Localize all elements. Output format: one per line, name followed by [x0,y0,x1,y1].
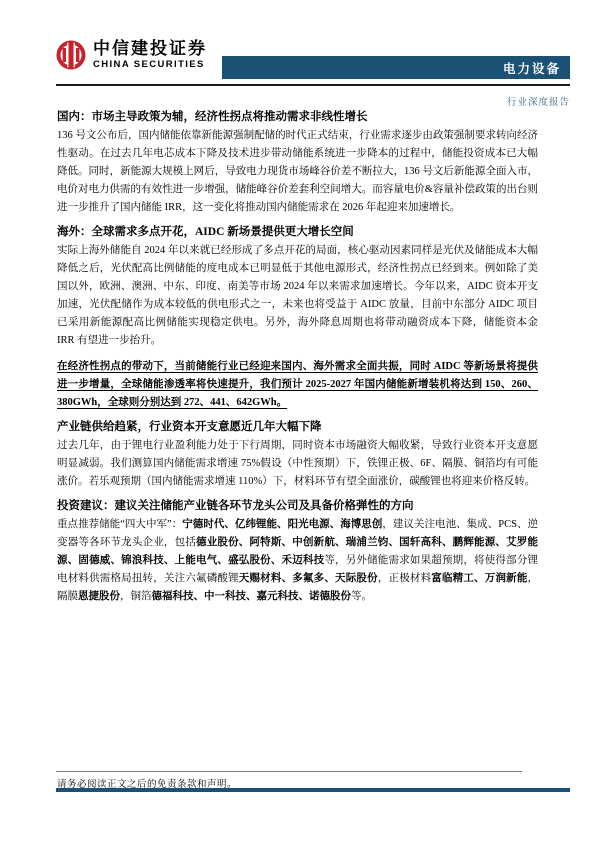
section-supply-chain: 产业链供给趋紧，行业资本开支意愿近几年大幅下降 过去几年，由于锂电行业盈利能力处… [57,420,538,491]
brand-name-zh: 中信建投证券 [93,40,207,57]
brand-text: 中信建投证券 CHINA SECURITIES [93,40,207,70]
section-overseas: 海外：全球需求多点开花，AIDC 新场景提供更大增长空间 实际上海外储能自 20… [57,225,538,350]
stocks-separator: 恩捷股份 [78,591,120,602]
section-supply-chain-paragraph: 过去几年，由于锂电行业盈利能力处于下行周期，同时资本市场融资大幅收紧，导致行业资… [57,437,538,491]
section-investment-advice-heading: 投资建议：建议关注储能产业链各环节龙头公司及具备价格弹性的方向 [57,499,538,513]
text-run: 等。 [351,591,372,602]
citic-logo-icon [56,40,86,70]
stocks-lifp6: 天赐材料、多氟多、天际股份 [239,573,378,584]
header-divider [56,84,570,86]
recommended-stocks-core: 宁德时代、亿纬锂能、阳光电源、海博思创 [182,519,382,530]
section-investment-advice-paragraph: 重点推荐储能“四大中军”：宁德时代、亿纬锂能、阳光电源、海博思创，建议关注电池、… [57,516,538,606]
section-overseas-paragraph: 实际上海外储能自 2024 年以来就已经形成了多点开花的局面，核心驱动因素同样是… [57,242,538,350]
section-domestic-paragraph: 136 号文公布后，国内储能依靠新能源强制配储的时代正式结束，行业需求逐步由政策… [57,127,538,217]
section-investment-advice: 投资建议：建议关注储能产业链各环节龙头公司及具备价格弹性的方向 重点推荐储能“四… [57,499,538,606]
industry-category-bar: 电力设备 [222,56,570,79]
footer-thick-divider [56,788,570,792]
report-summary-content: 国内：市场主导政策为辅，经济性拐点将推动需求非线性增长 136 号文公布后，国内… [57,110,538,606]
report-type-label: 行业深度报告 [507,94,570,108]
stocks-cathode: 富临精工、万润新能 [431,573,527,584]
brand-block: 中信建投证券 CHINA SECURITIES [56,40,207,70]
section-domestic-heading: 国内：市场主导政策为辅，经济性拐点将推动需求非线性增长 [57,110,538,124]
text-run: ，铜箔 [120,591,152,602]
text-run: 重点推荐储能“四大中军”： [57,519,182,530]
text-run: ，正极材料 [378,573,431,584]
footer-thin-divider [56,771,522,772]
industry-category-label: 电力设备 [503,59,561,77]
stocks-copper-foil: 德福科技、中一科技、嘉元科技、诺德股份 [152,591,352,602]
section-supply-chain-heading: 产业链供给趋紧，行业资本开支意愿近几年大幅下降 [57,420,538,434]
section-domestic: 国内：市场主导政策为辅，经济性拐点将推动需求非线性增长 136 号文公布后，国内… [57,110,538,217]
report-page: 中信建投证券 CHINA SECURITIES 电力设备 行业深度报告 国内：市… [0,0,595,842]
section-overseas-heading: 海外：全球需求多点开花，AIDC 新场景提供更大增长空间 [57,225,538,239]
brand-name-en: CHINA SECURITIES [93,60,207,70]
forecast-highlight-paragraph: 在经济性拐点的带动下，当前储能行业已经迎来国内、海外需求全面共振，同时 AIDC… [57,358,538,412]
